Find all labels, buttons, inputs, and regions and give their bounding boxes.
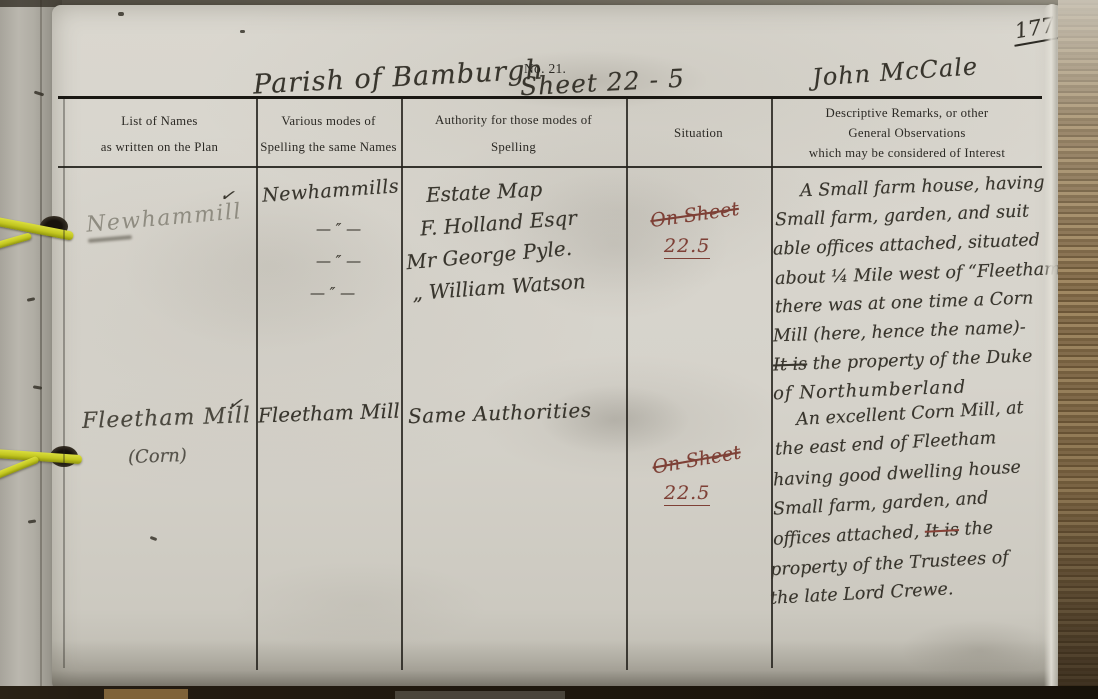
struck-words-red: It is (924, 520, 959, 542)
binding-crease (40, 0, 42, 699)
col-header-remarks-line2: General Observations (771, 126, 1043, 141)
row1-ditto-2: — ″ — (316, 252, 361, 270)
column-line-2 (401, 99, 403, 670)
column-line-3 (626, 99, 628, 670)
col-header-names-line2: as written on the Plan (63, 140, 256, 155)
column-line-1 (256, 99, 258, 670)
speck (118, 12, 124, 16)
col-header-situation: Situation (626, 126, 771, 141)
row1-ditto-1: — ″ — (316, 220, 361, 238)
row1-situation-number: 22.5 (664, 235, 710, 259)
col-header-authority-line2: Spelling (401, 140, 626, 155)
row2-remarks-l5-post: the (964, 518, 994, 539)
desk-wood (104, 689, 188, 699)
col-header-authority-line1: Authority for those modes of (401, 113, 626, 128)
col-header-spelling-line1: Various modes of (256, 114, 401, 129)
header-bottom-rule (58, 166, 1042, 168)
row1-ditto-3: — ″ — (310, 284, 355, 302)
col-header-names-line1: List of Names (63, 114, 256, 129)
column-line-left (63, 99, 65, 668)
row2-spelling: Fleetham Mill (258, 399, 401, 428)
row2-name-line2: (Corn) (128, 445, 188, 468)
photographed-ledger-page: 177 – Parish of Bamburgh No. 21. Sheet 2… (0, 0, 1098, 699)
row2-situation-number: 22.5 (664, 482, 710, 506)
col-header-spelling-line2: Spelling the same Names (256, 140, 401, 155)
desk-wood (395, 691, 565, 699)
speck (240, 30, 245, 33)
page-bottom-curl (52, 640, 1064, 691)
page-fore-edge (1058, 0, 1098, 699)
col-header-remarks-line3: which may be considered of Interest (771, 146, 1043, 161)
table-top-rule (58, 96, 1042, 99)
col-header-remarks-line1: Descriptive Remarks, or other (771, 106, 1043, 121)
struck-words: It is (773, 354, 808, 375)
